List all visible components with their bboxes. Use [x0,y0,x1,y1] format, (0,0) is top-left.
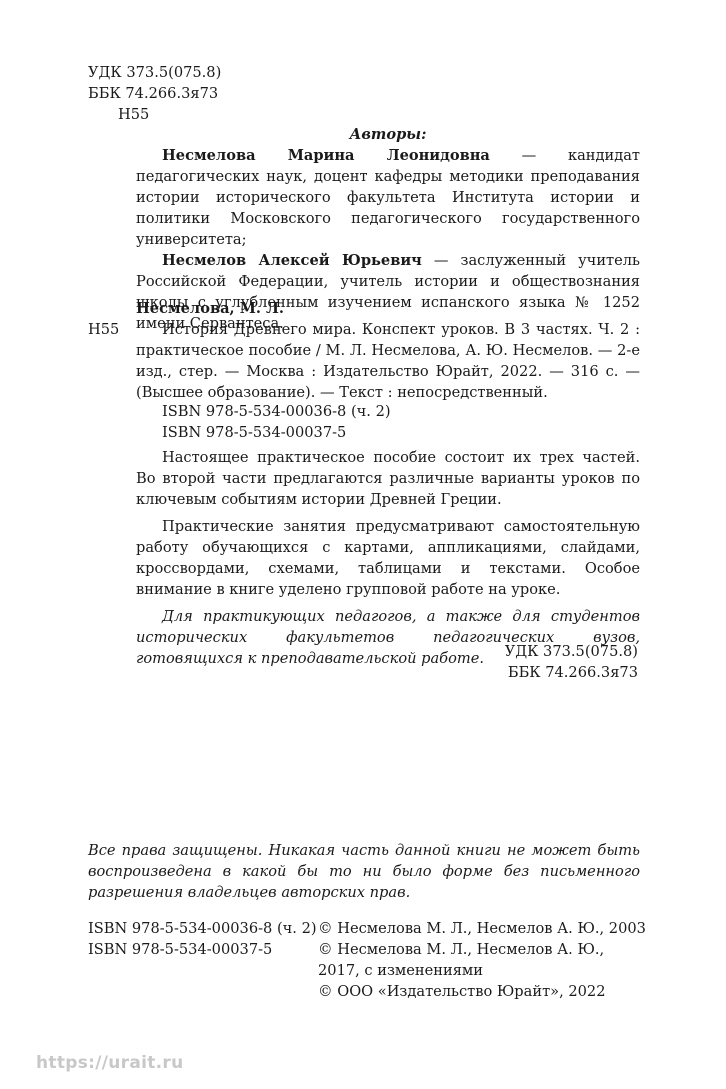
copyright-line: © Несмелова М. Л., Несмелов А. Ю., [318,939,648,960]
copyright-list: © Несмелова М. Л., Несмелов А. Ю., 2003 … [318,918,648,1002]
isbn-set: ISBN 978-5-534-00037-5 [88,939,317,960]
isbn-set: ISBN 978-5-534-00037-5 [162,422,391,443]
isbn-part: ISBN 978-5-534-00036-8 (ч. 2) [88,918,317,939]
bbk-code: ББК 74.266.3я73 [505,662,638,683]
authors-title: Авторы: [136,124,640,145]
author-name: Несмелов Алексей Юрьевич [162,252,422,269]
book-imprint-page: УДК 373.5(075.8) ББК 74.266.3я73 Н55 Авт… [0,0,726,1089]
bottom-isbn-list: ISBN 978-5-534-00036-8 (ч. 2) ISBN 978-5… [88,918,317,960]
author-mark: Н55 [88,104,221,125]
bibliographic-description: История Древнего мира. Конспект уроков. … [136,319,640,403]
watermark-url: https://urait.ru [36,1053,184,1074]
copyright-line: © ООО «Издательство Юрайт», 2022 [318,981,648,1002]
catalog-author-mark: Н55 [88,319,119,340]
rights-text: Все права защищены. Никакая часть данной… [88,840,640,903]
annotation-paragraph: Настоящее практическое пособие состоит и… [136,447,640,510]
bbk-code: ББК 74.266.3я73 [88,83,221,104]
udk-code: УДК 373.5(075.8) [88,62,221,83]
copyright-line: © Несмелова М. Л., Несмелов А. Ю., 2003 [318,918,648,939]
header-classification-codes: УДК 373.5(075.8) ББК 74.266.3я73 Н55 [88,62,221,125]
catalog-entry: Несмелова, М. Л. История Древнего мира. … [136,298,640,403]
catalog-isbn-list: ISBN 978-5-534-00036-8 (ч. 2) ISBN 978-5… [162,401,391,443]
isbn-part: ISBN 978-5-534-00036-8 (ч. 2) [162,401,391,422]
udk-code: УДК 373.5(075.8) [505,641,638,662]
rights-notice: Все права защищены. Никакая часть данной… [88,840,640,903]
author-entry: Несмелова Марина Леонидовна — кандидат п… [136,145,640,250]
annotation-paragraph: Практические занятия предусматривают сам… [136,516,640,600]
catalog-heading: Несмелова, М. Л. [136,298,640,319]
copyright-line: 2017, с изменениями [318,960,648,981]
author-name: Несмелова Марина Леонидовна [162,147,490,164]
footer-classification-codes: УДК 373.5(075.8) ББК 74.266.3я73 [505,641,638,683]
annotation: Настоящее практическое пособие состоит и… [136,447,640,669]
